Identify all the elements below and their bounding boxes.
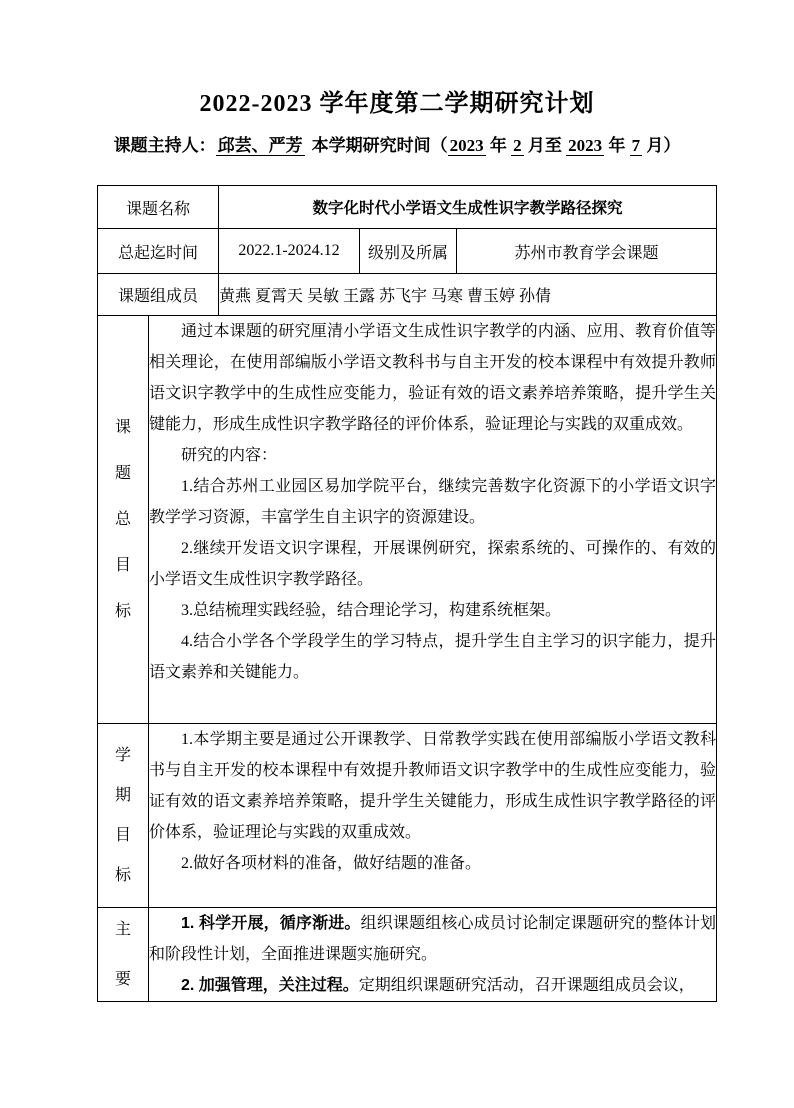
subtitle-end-year: 2023 [566,136,604,156]
overall-goal-label-text: 课 题 总 目 标 [98,420,148,620]
overall-goal-label: 课 题 总 目 标 [98,316,149,724]
semester-goal-paragraph: 1.本学期主要是通过公开课教学、日常教学实践在使用部编版小学语文教科书与自主开发… [149,724,716,848]
subtitle-suffix: 月） [642,136,680,155]
label-char: 标 [115,868,131,884]
members-label: 课题组成员 [98,274,219,316]
row-members: 课题组成员 黄燕 夏霄天 吴敏 王露 苏飞宇 马寒 曹玉婷 孙倩 [98,274,717,316]
overall-goal-content: 通过本课题的研究厘清小学语文生成性识字教学的内涵、应用、教育价值等相关理论，在使… [149,316,717,724]
subtitle-host-names: 邱芸、严芳 [216,136,305,156]
main-measures-paragraph: 1. 科学开展，循序渐进。组织课题组核心成员讨论制定课题研究的整体计划和阶段性计… [149,908,716,970]
label-char: 目 [115,558,131,574]
subtitle-month-unit-1: 月至 [524,136,567,155]
row-duration: 总起迄时间 2022.1-2024.12 级别及所属 苏州市教育学会课题 [98,229,717,274]
topic-name-value: 数字化时代小学语文生成性识字教学路径探究 [219,186,717,229]
document-page: 2022-2023 学年度第二学期研究计划 课题主持人：邱芸、严芳本学期研究时间… [0,0,794,1108]
members-value: 黄燕 夏霄天 吴敏 王露 苏飞宇 马寒 曹玉婷 孙倩 [219,274,717,316]
label-char: 标 [115,604,131,620]
overall-goal-paragraph: 4.结合小学各个学段学生的学习特点，提升学生自主学习的识字能力，提升语文素养和关… [149,626,716,688]
semester-goal-label: 学 期 目 标 [98,724,149,908]
semester-goal-paragraph: 2.做好各项材料的准备，做好结题的准备。 [149,848,716,879]
semester-goal-label-text: 学 期 目 标 [98,748,148,884]
overall-goal-paragraph: 1.结合苏州工业园区易加学院平台，继续完善数字化资源下的小学语文识字教学学习资源… [149,471,716,533]
subtitle-year-unit-1: 年 [486,136,512,155]
subtitle-start-month: 2 [511,136,524,156]
subtitle-host-label: 课题主持人： [114,136,216,155]
label-char: 题 [115,466,131,482]
document-subtitle: 课题主持人：邱芸、严芳本学期研究时间（2023 年 2 月至 2023 年 7 … [0,131,794,156]
subtitle-end-month: 7 [630,136,643,156]
duration-label: 总起迄时间 [98,229,219,274]
main-measures-content: 1. 科学开展，循序渐进。组织课题组核心成员讨论制定课题研究的整体计划和阶段性计… [149,908,717,1002]
label-char: 总 [115,512,131,528]
label-char: 目 [115,828,131,844]
research-plan-table: 课题名称 数字化时代小学语文生成性识字教学路径探究 总起迄时间 2022.1-2… [97,185,717,1002]
document-title: 2022-2023 学年度第二学期研究计划 [0,83,794,118]
level-value: 苏州市教育学会课题 [457,229,717,274]
main-measures-label-text: 主 要 [98,922,148,988]
topic-name-label: 课题名称 [98,186,219,229]
row-semester-goal: 学 期 目 标 1.本学期主要是通过公开课教学、日常教学实践在使用部编版小学语文… [98,724,717,908]
semester-goal-content: 1.本学期主要是通过公开课教学、日常教学实践在使用部编版小学语文教科书与自主开发… [149,724,717,908]
measure-text: 定期组织课题研究活动，召开课题组成员会议， [359,977,695,994]
row-main-measures: 主 要 1. 科学开展，循序渐进。组织课题组核心成员讨论制定课题研究的整体计划和… [98,908,717,1002]
overall-goal-paragraph: 3.总结梳理实践经验，结合理论学习，构建系统框架。 [149,595,716,626]
overall-goal-paragraph: 2.继续开发语文识字课程，开展课例研究，探索系统的、可操作的、有效的小学语文生成… [149,533,716,595]
main-measures-label: 主 要 [98,908,149,1002]
overall-goal-paragraph: 研究的内容： [149,440,716,471]
measure-heading: 1. 科学开展，循序渐进。 [181,915,361,932]
row-overall-goal: 课 题 总 目 标 通过本课题的研究厘清小学语文生成性识字教学的内涵、应用、教育… [98,316,717,724]
label-char: 课 [115,420,131,436]
subtitle-time-label: 本学期研究时间（ [312,136,448,155]
level-label: 级别及所属 [360,229,457,274]
overall-goal-paragraph: 通过本课题的研究厘清小学语文生成性识字教学的内涵、应用、教育价值等相关理论，在使… [149,316,716,440]
row-topic-name: 课题名称 数字化时代小学语文生成性识字教学路径探究 [98,186,717,229]
subtitle-start-year: 2023 [448,136,486,156]
label-char: 主 [115,922,131,938]
main-measures-paragraph: 2. 加强管理，关注过程。定期组织课题研究活动，召开课题组成员会议， [149,970,716,1001]
measure-heading: 2. 加强管理，关注过程。 [181,977,359,994]
label-char: 要 [115,972,131,988]
label-char: 期 [115,788,131,804]
subtitle-year-unit-2: 年 [604,136,630,155]
duration-value: 2022.1-2024.12 [219,229,360,274]
label-char: 学 [115,748,131,764]
